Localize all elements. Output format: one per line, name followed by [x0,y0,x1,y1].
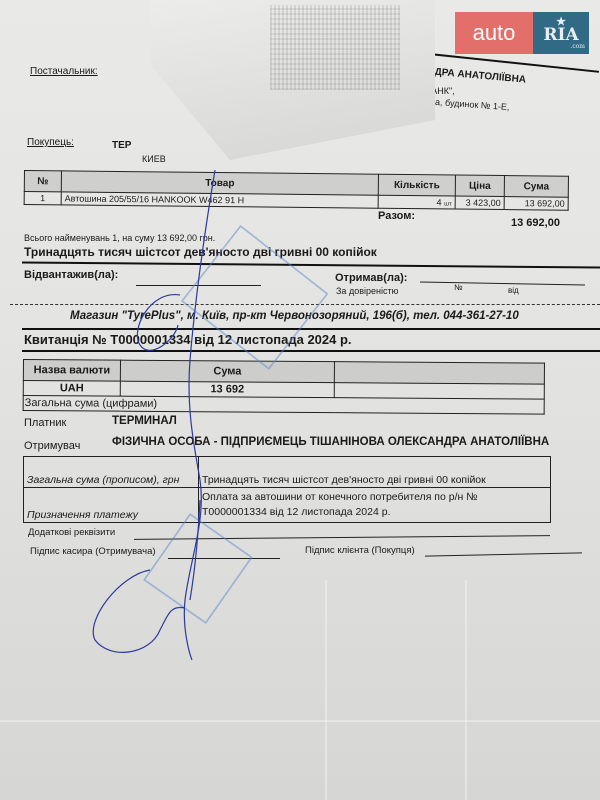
faded-receipt-print [270,5,400,90]
logo-domain: .com [570,44,585,50]
logo-ria: ★ RIA .com [533,12,589,54]
logo-ria-text: RIA [543,27,578,44]
autoria-logo: auto ★ RIA .com [455,12,589,54]
stamp-icon [144,226,327,623]
logo-auto: auto [455,12,533,54]
